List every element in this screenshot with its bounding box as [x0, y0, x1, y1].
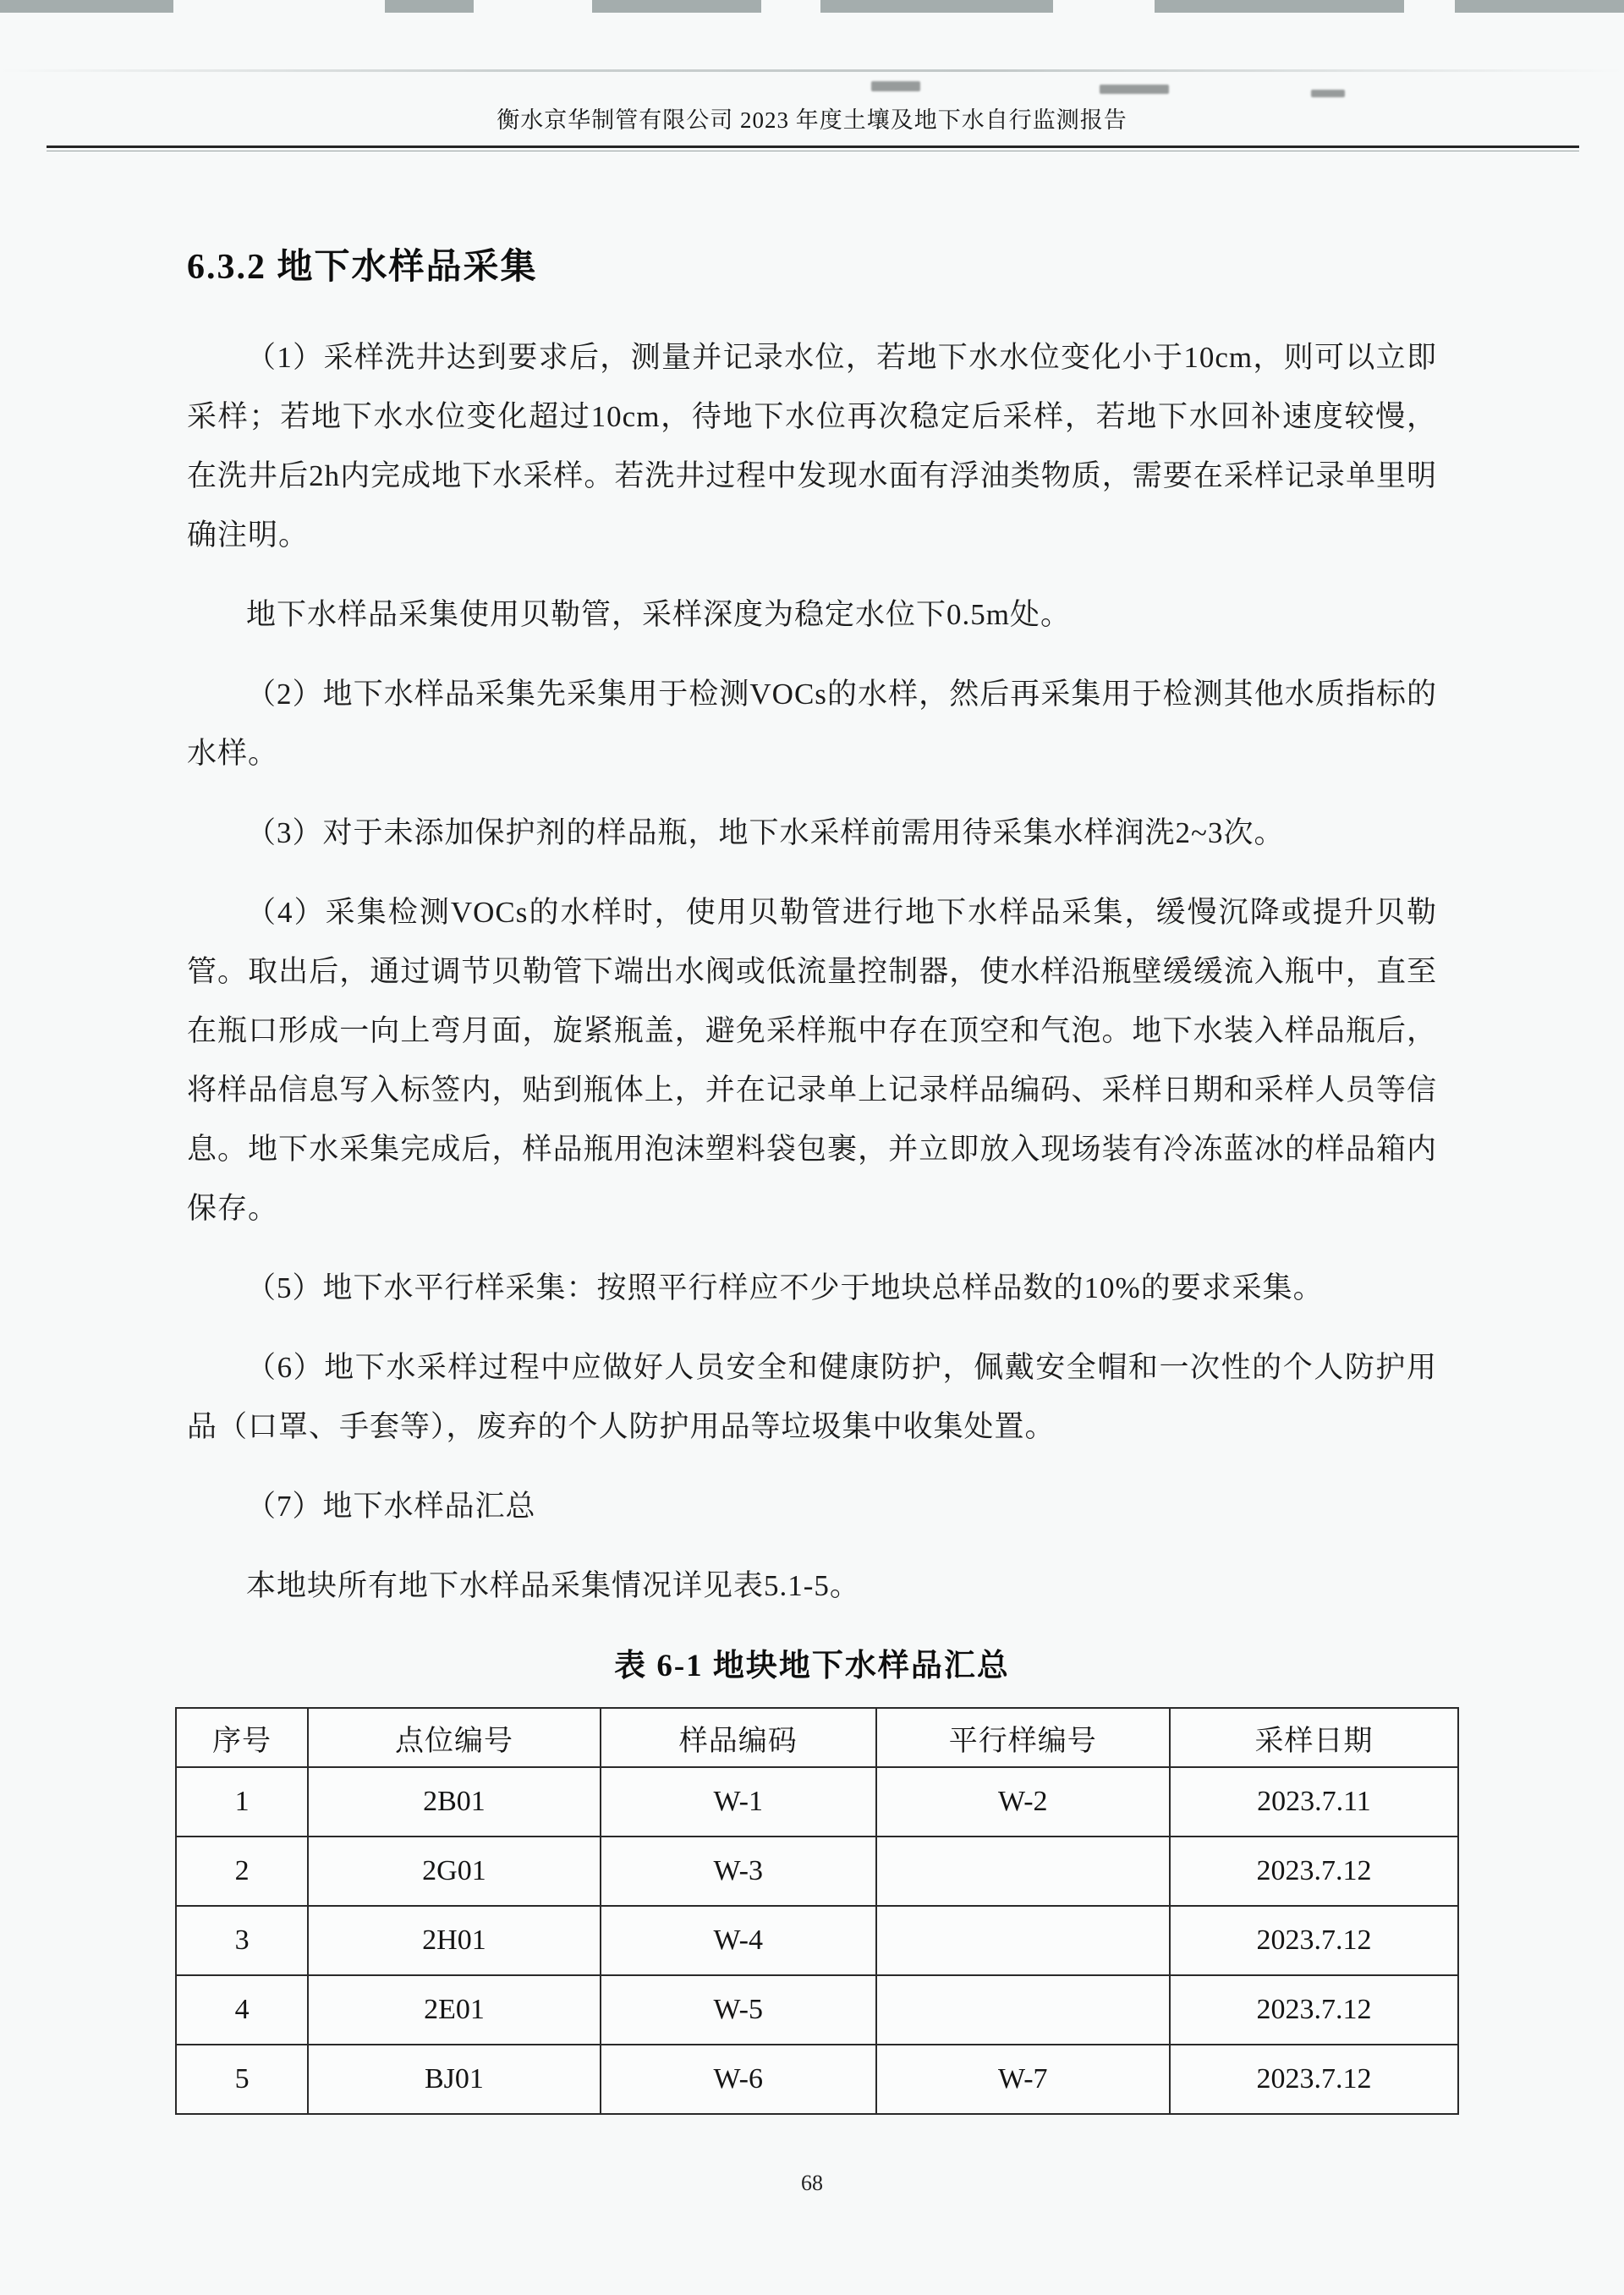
cell-parallel-code: W-2: [876, 1767, 1170, 1837]
cell-date: 2023.7.12: [1170, 1906, 1458, 1975]
section-heading: 6.3.2 地下水样品采集: [187, 239, 1437, 289]
running-head: 衡水京华制管有限公司 2023 年度土壤及地下水自行监测报告: [51, 102, 1573, 135]
cell-index: 5: [176, 2045, 308, 2114]
cell-parallel-code: [876, 1837, 1170, 1906]
scan-smudge: [871, 81, 920, 91]
cell-point-id: BJ01: [308, 2045, 601, 2114]
paragraph-bailer-depth: 地下水样品采集使用贝勒管，采样深度为稳定水位下0.5m处。: [187, 585, 1437, 645]
paragraph-bottle-rinse: （3）对于未添加保护剂的样品瓶，地下水采样前需用待采集水样润洗2~3次。: [187, 804, 1437, 863]
table-row: 4 2E01 W-5 2023.7.12: [176, 1975, 1458, 2045]
scan-edge-gap: [474, 0, 592, 13]
cell-index: 2: [176, 1837, 308, 1906]
header-cell-point-id: 点位编号: [308, 1708, 601, 1767]
paragraph-voc-collection-detail: （4）采集检测VOCs的水样时，使用贝勒管进行地下水样品采集，缓慢沉降或提升贝勒…: [187, 883, 1437, 1238]
header-rule: [47, 145, 1579, 148]
scan-edge-gap: [1404, 0, 1455, 13]
cell-sample-code: W-3: [601, 1837, 876, 1906]
paragraph-voc-first: （2）地下水样品采集先采集用于检测VOCs的水样，然后再采集用于检测其他水质指标…: [187, 665, 1437, 783]
cell-date: 2023.7.12: [1170, 1837, 1458, 1906]
scan-smudge: [1100, 85, 1169, 94]
table-row: 5 BJ01 W-6 W-7 2023.7.12: [176, 2045, 1458, 2114]
document-page: 衡水京华制管有限公司 2023 年度土壤及地下水自行监测报告 6.3.2 地下水…: [0, 0, 1624, 2295]
document-body: 6.3.2 地下水样品采集 （1）采样洗井达到要求后，测量并记录水位，若地下水水…: [187, 239, 1437, 2115]
paragraph-sample-summary-heading: （7）地下水样品汇总: [187, 1477, 1437, 1536]
cell-index: 4: [176, 1975, 308, 2045]
scan-edge-bar: [0, 0, 1624, 13]
table-caption: 表 6-1 地块地下水样品汇总: [187, 1639, 1437, 1685]
header-cell-date: 采样日期: [1170, 1708, 1458, 1767]
cell-index: 1: [176, 1767, 308, 1837]
page-number: 68: [801, 2171, 823, 2195]
cell-date: 2023.7.12: [1170, 1975, 1458, 2045]
report-title: 衡水京华制管有限公司 2023 年度土壤及地下水自行监测报告: [51, 102, 1573, 135]
cell-point-id: 2H01: [308, 1906, 601, 1975]
cell-parallel-code: [876, 1906, 1170, 1975]
cell-sample-code: W-5: [601, 1975, 876, 2045]
scan-smudge: [1311, 90, 1345, 97]
cell-date: 2023.7.11: [1170, 1767, 1458, 1837]
cell-sample-code: W-4: [601, 1906, 876, 1975]
scan-streak: [0, 69, 1624, 72]
table-row: 3 2H01 W-4 2023.7.12: [176, 1906, 1458, 1975]
cell-sample-code: W-6: [601, 2045, 876, 2114]
table-row: 1 2B01 W-1 W-2 2023.7.11: [176, 1767, 1458, 1837]
header-cell-index: 序号: [176, 1708, 308, 1767]
header-rule-echo: [47, 151, 1579, 151]
paragraph-sampling-procedure: （1）采样洗井达到要求后，测量并记录水位，若地下水水位变化小于10cm，则可以立…: [187, 328, 1437, 565]
header-cell-sample-code: 样品编码: [601, 1708, 876, 1767]
header-cell-parallel-code: 平行样编号: [876, 1708, 1170, 1767]
scan-edge-gap: [173, 0, 385, 13]
paragraph-see-table: 本地块所有地下水样品采集情况详见表5.1-5。: [187, 1557, 1437, 1616]
scan-edge-gap: [1053, 0, 1155, 13]
paragraph-parallel-samples: （5）地下水平行样采集：按照平行样应不少于地块总样品数的10%的要求采集。: [187, 1259, 1437, 1318]
page-footer: 68: [0, 2171, 1624, 2196]
paragraph-safety-protection: （6）地下水采样过程中应做好人员安全和健康防护，佩戴安全帽和一次性的个人防护用品…: [187, 1338, 1437, 1457]
cell-point-id: 2B01: [308, 1767, 601, 1837]
cell-point-id: 2G01: [308, 1837, 601, 1906]
cell-parallel-code: W-7: [876, 2045, 1170, 2114]
cell-point-id: 2E01: [308, 1975, 601, 2045]
table-header-row: 序号 点位编号 样品编码 平行样编号 采样日期: [176, 1708, 1458, 1767]
cell-index: 3: [176, 1906, 308, 1975]
table-row: 2 2G01 W-3 2023.7.12: [176, 1837, 1458, 1906]
scan-edge-gap: [761, 0, 820, 13]
cell-parallel-code: [876, 1975, 1170, 2045]
cell-date: 2023.7.12: [1170, 2045, 1458, 2114]
cell-sample-code: W-1: [601, 1767, 876, 1837]
groundwater-samples-table: 序号 点位编号 样品编码 平行样编号 采样日期 1 2B01 W-1 W-2 2…: [175, 1707, 1459, 2115]
